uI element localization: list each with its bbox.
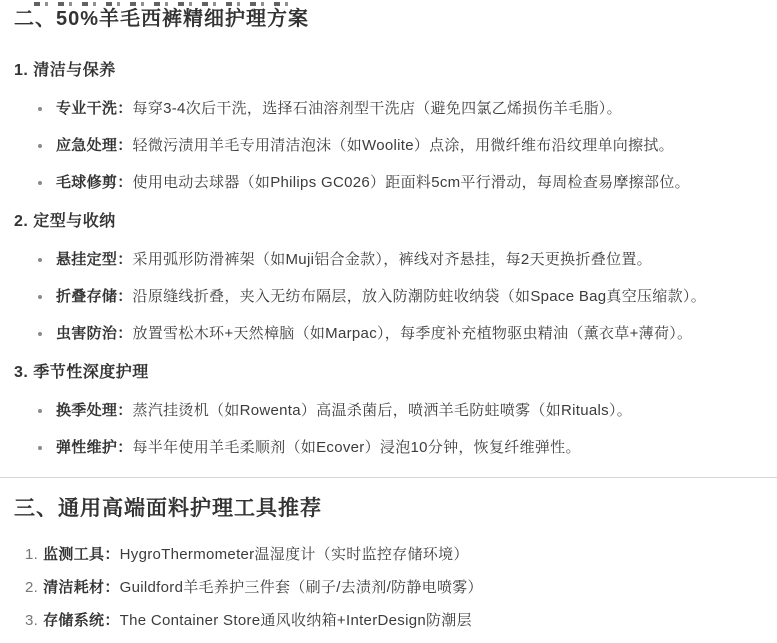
item-label: 清洁耗材： [43, 579, 120, 596]
bullet-list-storage: 悬挂定型：采用弧形防滑裤架（如Muji铝合金款），裤线对齐悬挂，每2天更换折叠位… [0, 252, 777, 342]
item-text: HygroThermometer温湿度计（实时监控存储环境） [120, 546, 469, 563]
item-label: 毛球修剪： [56, 174, 133, 191]
item-text: The Container Store通风收纳箱+InterDesign防潮层 [120, 612, 472, 629]
section-divider [0, 477, 777, 478]
clipped-text-remnant [34, 2, 296, 6]
list-item: 2.清洁耗材：Guildford羊毛养护三件套（刷子/去渍剂/防静电喷雾） [25, 579, 777, 597]
bullet-list-cleaning: 专业干洗：每穿3-4次后干洗，选择石油溶剂型干洗店（避免四氯乙烯损伤羊毛脂）。 … [0, 101, 777, 191]
item-label: 悬挂定型： [56, 251, 133, 268]
list-item: 毛球修剪：使用电动去球器（如Philips GC026）距面料5cm平行滑动，每… [56, 175, 777, 191]
item-label: 弹性维护： [56, 439, 133, 456]
item-text: 每半年使用羊毛柔顺剂（如Ecover）浸泡10分钟，恢复纤维弹性。 [133, 439, 581, 456]
list-item: 弹性维护：每半年使用羊毛柔顺剂（如Ecover）浸泡10分钟，恢复纤维弹性。 [56, 440, 777, 456]
item-text: 轻微污渍用羊毛专用清洁泡沫（如Woolite）点涂，用微纤维布沿纹理单向擦拭。 [133, 137, 674, 154]
list-item: 应急处理：轻微污渍用羊毛专用清洁泡沫（如Woolite）点涂，用微纤维布沿纹理单… [56, 138, 777, 154]
bullet-dot-icon [38, 446, 42, 450]
item-label: 换季处理： [56, 402, 133, 419]
list-item: 折叠存储：沿原缝线折叠，夹入无纺布隔层，放入防潮防蛀收纳袋（如Space Bag… [56, 289, 777, 305]
list-item: 1.监测工具：HygroThermometer温湿度计（实时监控存储环境） [25, 546, 777, 564]
list-item: 3.存储系统：The Container Store通风收纳箱+InterDes… [25, 612, 777, 630]
item-label: 虫害防治： [56, 325, 133, 342]
item-text: 放置雪松木环+天然樟脑（如Marpac），每季度补充植物驱虫精油（薰衣草+薄荷）… [133, 325, 693, 342]
item-text: 采用弧形防滑裤架（如Muji铝合金款），裤线对齐悬挂，每2天更换折叠位置。 [133, 251, 652, 268]
document-page: 二、50%羊毛西裤精细护理方案 1. 清洁与保养 专业干洗：每穿3-4次后干洗，… [0, 0, 777, 643]
item-text: 蒸汽挂烫机（如Rowenta）高温杀菌后，喷洒羊毛防蛀喷雾（如Rituals）。 [133, 402, 633, 419]
item-label: 监测工具： [43, 546, 120, 563]
item-number: 1. [25, 546, 38, 563]
heading-care-tools: 三、通用高端面料护理工具推荐 [0, 496, 777, 522]
bullet-dot-icon [38, 107, 42, 111]
item-text: 沿原缝线折叠，夹入无纺布隔层，放入防潮防蛀收纳袋（如Space Bag真空压缩款… [133, 288, 707, 305]
bullet-dot-icon [38, 409, 42, 413]
bullet-dot-icon [38, 258, 42, 262]
subheading-seasonal-care: 3. 季节性深度护理 [14, 363, 777, 383]
bullet-dot-icon [38, 332, 42, 336]
item-number: 3. [25, 612, 38, 629]
bullet-dot-icon [38, 144, 42, 148]
item-text: 使用电动去球器（如Philips GC026）距面料5cm平行滑动，每周检查易摩… [133, 174, 690, 191]
item-label: 折叠存储： [56, 288, 133, 305]
item-label: 专业干洗： [56, 100, 133, 117]
list-item: 悬挂定型：采用弧形防滑裤架（如Muji铝合金款），裤线对齐悬挂，每2天更换折叠位… [56, 252, 777, 268]
list-item: 换季处理：蒸汽挂烫机（如Rowenta）高温杀菌后，喷洒羊毛防蛀喷雾（如Ritu… [56, 403, 777, 419]
item-label: 应急处理： [56, 137, 133, 154]
list-item: 专业干洗：每穿3-4次后干洗，选择石油溶剂型干洗店（避免四氯乙烯损伤羊毛脂）。 [56, 101, 777, 117]
bullet-dot-icon [38, 181, 42, 185]
subheading-shaping-storage: 2. 定型与收纳 [14, 212, 777, 232]
item-text: 每穿3-4次后干洗，选择石油溶剂型干洗店（避免四氯乙烯损伤羊毛脂）。 [133, 100, 622, 117]
subheading-cleaning-maintenance: 1. 清洁与保养 [14, 61, 777, 81]
bullet-list-seasonal: 换季处理：蒸汽挂烫机（如Rowenta）高温杀菌后，喷洒羊毛防蛀喷雾（如Ritu… [0, 403, 777, 456]
bullet-dot-icon [38, 295, 42, 299]
list-item: 虫害防治：放置雪松木环+天然樟脑（如Marpac），每季度补充植物驱虫精油（薰衣… [56, 326, 777, 342]
tools-numbered-list: 1.监测工具：HygroThermometer温湿度计（实时监控存储环境） 2.… [0, 546, 777, 630]
item-text: Guildford羊毛养护三件套（刷子/去渍剂/防静电喷雾） [120, 579, 483, 596]
item-number: 2. [25, 579, 38, 596]
item-label: 存储系统： [43, 612, 120, 629]
